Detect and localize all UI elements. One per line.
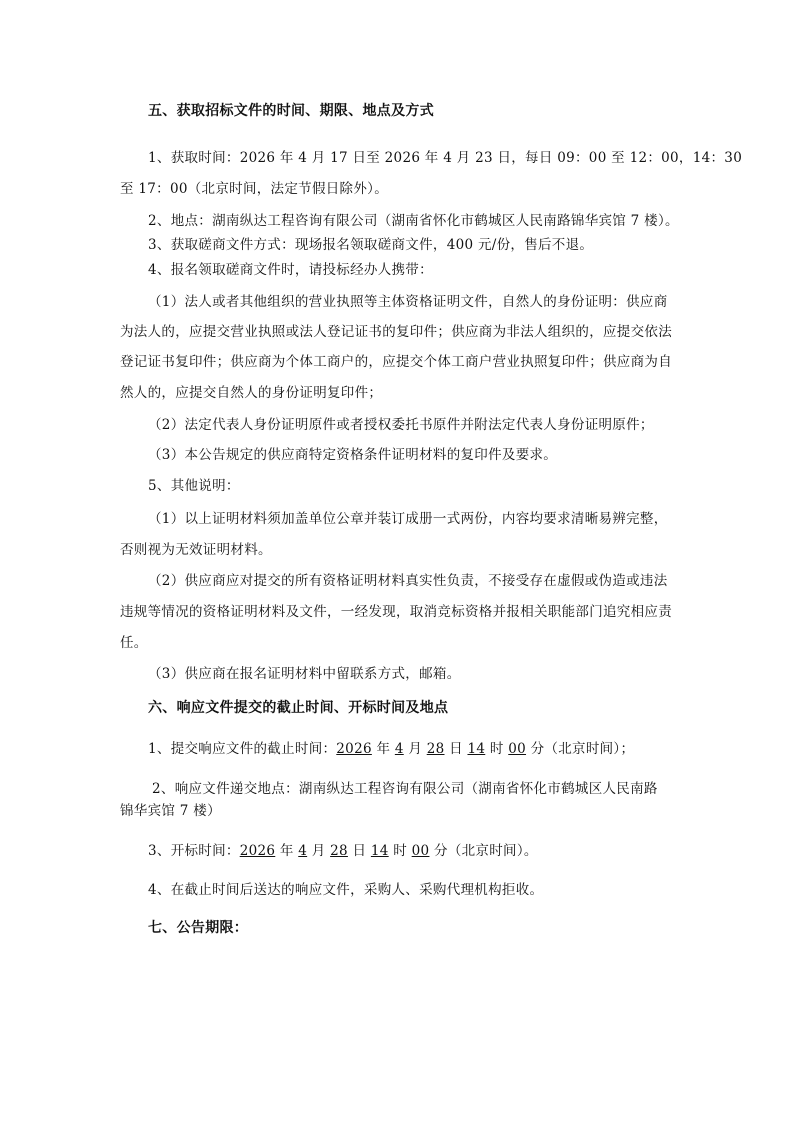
s5-item4-sub3: （3）本公告规定的供应商特定资格条件证明材料的复印件及要求。 (148, 443, 557, 463)
s5-item1-line2: 至 17：00（北京时间，法定节假日除外）。 (120, 177, 388, 197)
s6-item3-prefix: 3、开标时间： (148, 843, 240, 859)
s6-item1-day: 28 (427, 741, 445, 757)
s6-item1-y-label: 年 (372, 741, 395, 757)
s5-item5-sub2-l2: 违规等情况的资格证明材料及文件，一经发现，取消竞标资格并报相关职能部门追究相应责 (120, 600, 672, 620)
s5-item1-line1: 1、获取时间：2026 年 4 月 17 日至 2026 年 4 月 23 日，… (148, 146, 742, 166)
s6-item2-line2: 锦华宾馆 7 楼） (120, 799, 221, 819)
s5-item4: 4、报名领取磋商文件时，请投标经办人携带： (148, 258, 433, 278)
s6-item3-m-label: 月 (307, 843, 330, 859)
s5-item5-sub1-l1: （1）以上证明材料须加盖单位公章并装订成册一式两份，内容均要求清晰易辨完整， (148, 507, 668, 527)
section-6-heading: 六、响应文件提交的截止时间、开标时间及地点 (148, 697, 448, 717)
s6-item3: 3、开标时间：2026 年 4 月 28 日 14 时 00 分（北京时间）。 (148, 839, 538, 859)
s6-item1-prefix: 1、提交响应文件的截止时间： (148, 741, 336, 757)
section-5-heading: 五、获取招标文件的时间、期限、地点及方式 (148, 100, 434, 120)
s5-item4-sub1-l1: （1）法人或者其他组织的营业执照等主体资格证明文件，自然人的身份证明：供应商 (148, 290, 668, 310)
s6-item3-y-label: 年 (275, 843, 298, 859)
s5-item4-sub2: （2）法定代表人身份证明原件或者授权委托书原件并附法定代表人身份证明原件； (148, 413, 654, 433)
s5-item2: 2、地点：湖南纵达工程咨询有限公司（湖南省怀化市鹤城区人民南路锦华宾馆 7 楼）… (148, 209, 679, 229)
s6-item1-year: 2026 (336, 741, 372, 757)
s6-item1-month: 4 (395, 741, 404, 757)
s5-item4-sub1-l3: 登记证书复印件；供应商为个体工商户的，应提交个体工商户营业执照复印件；供应商为自 (120, 350, 672, 370)
s6-item3-h-label: 时 (389, 843, 412, 859)
s6-item1-suffix: 分（北京时间）； (526, 741, 634, 757)
s5-item3: 3、获取磋商文件方式：现场报名领取磋商文件，400 元/份，售后不退。 (148, 233, 593, 253)
s6-item1-h-label: 时 (485, 741, 508, 757)
s6-item1-hour: 14 (467, 741, 485, 757)
s6-item1-m-label: 月 (404, 741, 427, 757)
section-7-heading: 七、公告期限： (148, 917, 248, 937)
s5-item5-sub2-l3: 任。 (120, 631, 148, 651)
s6-item3-d-label: 日 (348, 843, 371, 859)
s6-item1-d-label: 日 (445, 741, 468, 757)
s5-item4-sub1-l4: 然人的，应提交自然人的身份证明复印件； (120, 381, 382, 401)
s5-item5-sub2-l1: （2）供应商应对提交的所有资格证明材料真实性负责，不接受存在虚假或伪造或违法 (148, 569, 668, 589)
s5-item5-sub3: （3）供应商在报名证明材料中留联系方式，邮箱。 (148, 662, 461, 682)
s6-item3-month: 4 (298, 843, 307, 859)
s5-item5-sub1-l2: 否则视为无效证明材料。 (120, 538, 272, 558)
s6-item3-day: 28 (330, 843, 348, 859)
s6-item4: 4、在截止时间后送达的响应文件，采购人、采购代理机构拒收。 (148, 878, 543, 898)
s6-item2-line1: 2、响应文件递交地点：湖南纵达工程咨询有限公司（湖南省怀化市鹤城区人民南路 (152, 777, 658, 797)
s6-item1: 1、提交响应文件的截止时间：2026 年 4 月 28 日 14 时 00 分（… (148, 737, 634, 757)
s6-item3-hour: 14 (371, 843, 389, 859)
s5-item4-sub1-l2: 为法人的，应提交营业执照或法人登记证书的复印件；供应商为非法人组织的，应提交依法 (120, 320, 672, 340)
s6-item3-minute: 00 (412, 843, 430, 859)
s6-item3-suffix: 分（北京时间）。 (429, 843, 537, 859)
s5-item5: 5、其他说明： (148, 474, 240, 494)
s6-item1-minute: 00 (508, 741, 526, 757)
s6-item3-year: 2026 (240, 843, 276, 859)
